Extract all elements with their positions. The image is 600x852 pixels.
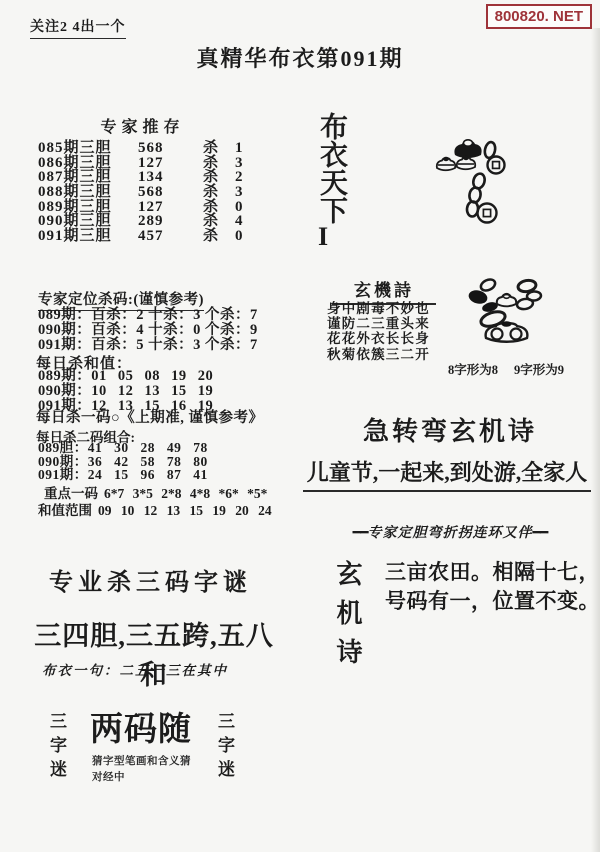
poem-line: 花花外衣长长身: [327, 331, 430, 346]
divider-text: 专家定胆弯折拐连环又伴: [368, 526, 533, 541]
table-row: 088期三胆568杀3: [38, 185, 244, 200]
bead-shape-figure: [463, 274, 551, 348]
shape-caption: 8字形为8 9字形为9: [448, 360, 564, 378]
list-item: 089期：百杀：2 十杀：3 个杀：7: [38, 308, 258, 323]
gold-ingot-icon: [497, 294, 516, 307]
list-item: 089胆：41 30 28 49 78: [38, 441, 208, 455]
banner-roman-numeral: I: [318, 222, 328, 252]
kill-label: 杀: [203, 185, 235, 200]
mystic-poem-vertical-title: 玄机诗: [329, 560, 366, 677]
period-cell: 091期三胆: [38, 229, 138, 244]
sum-range-label: 和值范围: [38, 503, 92, 518]
bead-icon: [516, 298, 533, 311]
mystic-poem: 身中剧毒不妙也 谨防二三重头来 花花外衣长长身 秋菊依簇三二开: [327, 301, 430, 362]
three-char-riddle-left: 三字迷: [44, 712, 69, 784]
value-cell: 127: [138, 200, 193, 215]
coin-icon: [478, 204, 497, 223]
value-cell: 568: [138, 141, 193, 156]
expert-divider: ━━专家定胆弯折拐连环又伴━━: [315, 522, 585, 542]
poem-line: 身中剧毒不妙也: [327, 301, 430, 316]
site-badge[interactable]: 800820. NET: [486, 4, 592, 29]
poem-line: 秋菊依簇三二开: [327, 347, 430, 362]
kill-label: 杀: [203, 214, 235, 229]
riddle-answer-big: 两码随: [90, 703, 192, 750]
buyi-tianxia-vertical-title: 布衣天下: [311, 112, 351, 224]
sum-range-line: 和值范围09 10 12 13 15 19 20 24: [38, 499, 272, 519]
sum-range-values: 09 10 12 13 15 19 20 24: [98, 503, 272, 518]
couplet-line2: 号码有一，位置不变。: [385, 585, 600, 615]
kill-label: 杀: [203, 170, 235, 185]
coin-icon: [488, 157, 505, 174]
kill-number: 0: [235, 200, 244, 215]
table-row: 087期三胆134杀2: [38, 170, 244, 185]
value-cell: 568: [138, 185, 193, 200]
table-row: 090期三胆289杀4: [38, 214, 244, 229]
gold-ingot-icon: [437, 157, 455, 170]
kill-label: 杀: [203, 229, 235, 244]
expert-recommend-title: 专家推存: [55, 114, 230, 137]
shape-caption-9: 9字形为9: [514, 360, 564, 378]
period-cell: 090期三胆: [38, 214, 138, 229]
table-row: 085期三胆568杀1: [38, 141, 244, 156]
daily-kill-one-line: 每日杀一码○《上期准, 谨慎参考》: [36, 406, 264, 427]
period-cell: 088期三胆: [38, 185, 138, 200]
divider-dash-right: ━━: [533, 526, 548, 541]
value-cell: 134: [138, 170, 193, 185]
kill-number: 2: [235, 170, 244, 185]
sharp-turn-title: 急转弯玄机诗: [330, 411, 570, 448]
two-code-rows: 089胆：41 30 28 49 78 090期：36 42 58 78 80 …: [38, 441, 208, 482]
divider-dash-left: ━━: [353, 526, 368, 541]
kill-label: 杀: [203, 141, 235, 156]
top-left-note: 关注2 4出一个: [30, 16, 126, 39]
expert-recommend-table: 085期三胆568杀1 086期三胆127杀3 087期三胆134杀2 088期…: [38, 141, 244, 244]
kill-number: 3: [235, 156, 244, 171]
page-title: 真精华布衣第091期: [0, 42, 600, 73]
three-char-riddle-right: 三字迷: [212, 712, 237, 784]
list-item: 091期：24 15 96 87 41: [38, 468, 208, 482]
value-cell: 127: [138, 156, 193, 171]
period-cell: 087期三胆: [38, 170, 138, 185]
poem-line: 谨防二三重头来: [327, 316, 430, 331]
gold-ingot-icon: [454, 140, 481, 158]
table-row: 091期三胆457杀0: [38, 229, 244, 244]
kill-number: 1: [235, 141, 244, 156]
gold-ingot-icon: [457, 156, 475, 169]
kill-number: 0: [235, 229, 244, 244]
buyi-sentence: 布衣一句：二五一三在其中: [42, 659, 228, 679]
list-item: 089期：01 05 08 19 20: [38, 369, 213, 384]
kill-number: 4: [235, 214, 244, 229]
riddle-hint-line1: 猜字型笔画和含义猜: [92, 753, 191, 768]
sharp-turn-line: 儿童节,一起来,到处游,全家人: [303, 456, 591, 492]
riddle-hint-line2: 对经中: [92, 769, 125, 784]
list-item: 090期：10 12 13 15 19: [38, 384, 213, 399]
couplet-line1: 三亩农田。相隔十七，: [385, 556, 600, 586]
kill-number: 3: [235, 185, 244, 200]
value-cell: 289: [138, 214, 193, 229]
kill-three-code-title: 专业杀三码字谜: [28, 562, 273, 597]
value-cell: 457: [138, 229, 193, 244]
ingot-coin-figure: [424, 133, 519, 238]
scan-edge-shadow: [591, 28, 600, 852]
position-kill-rows: 089期：百杀：2 十杀：3 个杀：7 090期：百杀：4 十杀：0 个杀：9 …: [38, 308, 258, 354]
kill-three-code-line: 三四胆,三五跨,五八和: [28, 614, 280, 692]
list-item: 090期：36 42 58 78 80: [38, 455, 208, 469]
period-cell: 085期三胆: [38, 141, 138, 156]
bead-icon: [479, 277, 497, 292]
shape-caption-8: 8字形为8: [448, 360, 498, 378]
gold-ingot-icon: [486, 321, 528, 342]
lottery-chart-page: 关注2 4出一个 800820. NET 真精华布衣第091期 专家推存 085…: [0, 0, 600, 852]
